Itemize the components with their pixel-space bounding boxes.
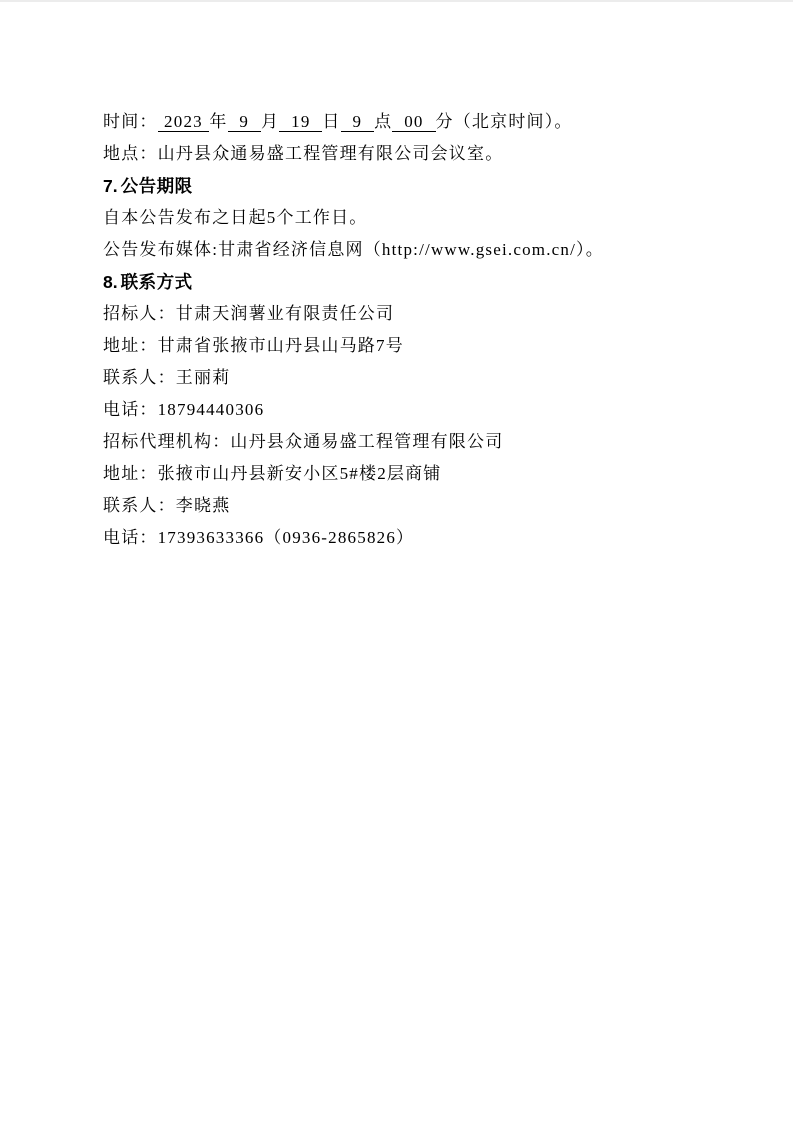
time-month-value: 9 [228, 112, 262, 132]
paragraph-tenderer-contact: 联系人：王丽莉 [103, 362, 705, 394]
time-day-value: 19 [279, 112, 322, 132]
paragraph-announcement-media: 公告发布媒体:甘肃省经济信息网（http://www.gsei.com.cn/）… [103, 234, 705, 266]
paragraph-announcement-period: 自本公告发布之日起5个工作日。 [103, 202, 705, 234]
time-hour-unit: 点 [374, 112, 392, 131]
paragraph-agency-phone: 电话：17393633366（0936-2865826） [103, 522, 705, 554]
section7-heading: 7.公告期限 [103, 170, 705, 202]
time-tail: （北京时间）。 [454, 112, 573, 131]
section8-number: 8. [103, 272, 118, 292]
time-minute-value: 00 [392, 112, 435, 132]
document-page: 时间： 2023 年 9 月 19 日 9 点 00 分（北京时间）。 地点：山… [0, 2, 793, 1122]
paragraph-bid-opening-location: 地点：山丹县众通易盛工程管理有限公司会议室。 [103, 138, 705, 170]
section8-title: 联系方式 [121, 272, 193, 292]
paragraph-tenderer-address: 地址：甘肃省张掖市山丹县山马路7号 [103, 330, 705, 362]
time-year-unit: 年 [209, 112, 227, 131]
paragraph-agency: 招标代理机构：山丹县众通易盛工程管理有限公司 [103, 426, 705, 458]
section7-number: 7. [103, 176, 118, 196]
time-year-value: 2023 [158, 112, 210, 132]
paragraph-tenderer: 招标人：甘肃天润薯业有限责任公司 [103, 298, 705, 330]
time-minute-unit: 分 [436, 112, 454, 131]
time-day-unit: 日 [322, 112, 340, 131]
section8-heading: 8.联系方式 [103, 266, 705, 298]
section7-title: 公告期限 [121, 176, 193, 196]
paragraph-agency-address: 地址：张掖市山丹县新安小区5#楼2层商铺 [103, 458, 705, 490]
paragraph-tenderer-phone: 电话：18794440306 [103, 394, 705, 426]
time-label: 时间： [103, 112, 158, 131]
time-hour-value: 9 [341, 112, 375, 132]
paragraph-bid-opening-time: 时间： 2023 年 9 月 19 日 9 点 00 分（北京时间）。 [103, 106, 705, 138]
time-month-unit: 月 [261, 112, 279, 131]
paragraph-agency-contact: 联系人：李晓燕 [103, 490, 705, 522]
